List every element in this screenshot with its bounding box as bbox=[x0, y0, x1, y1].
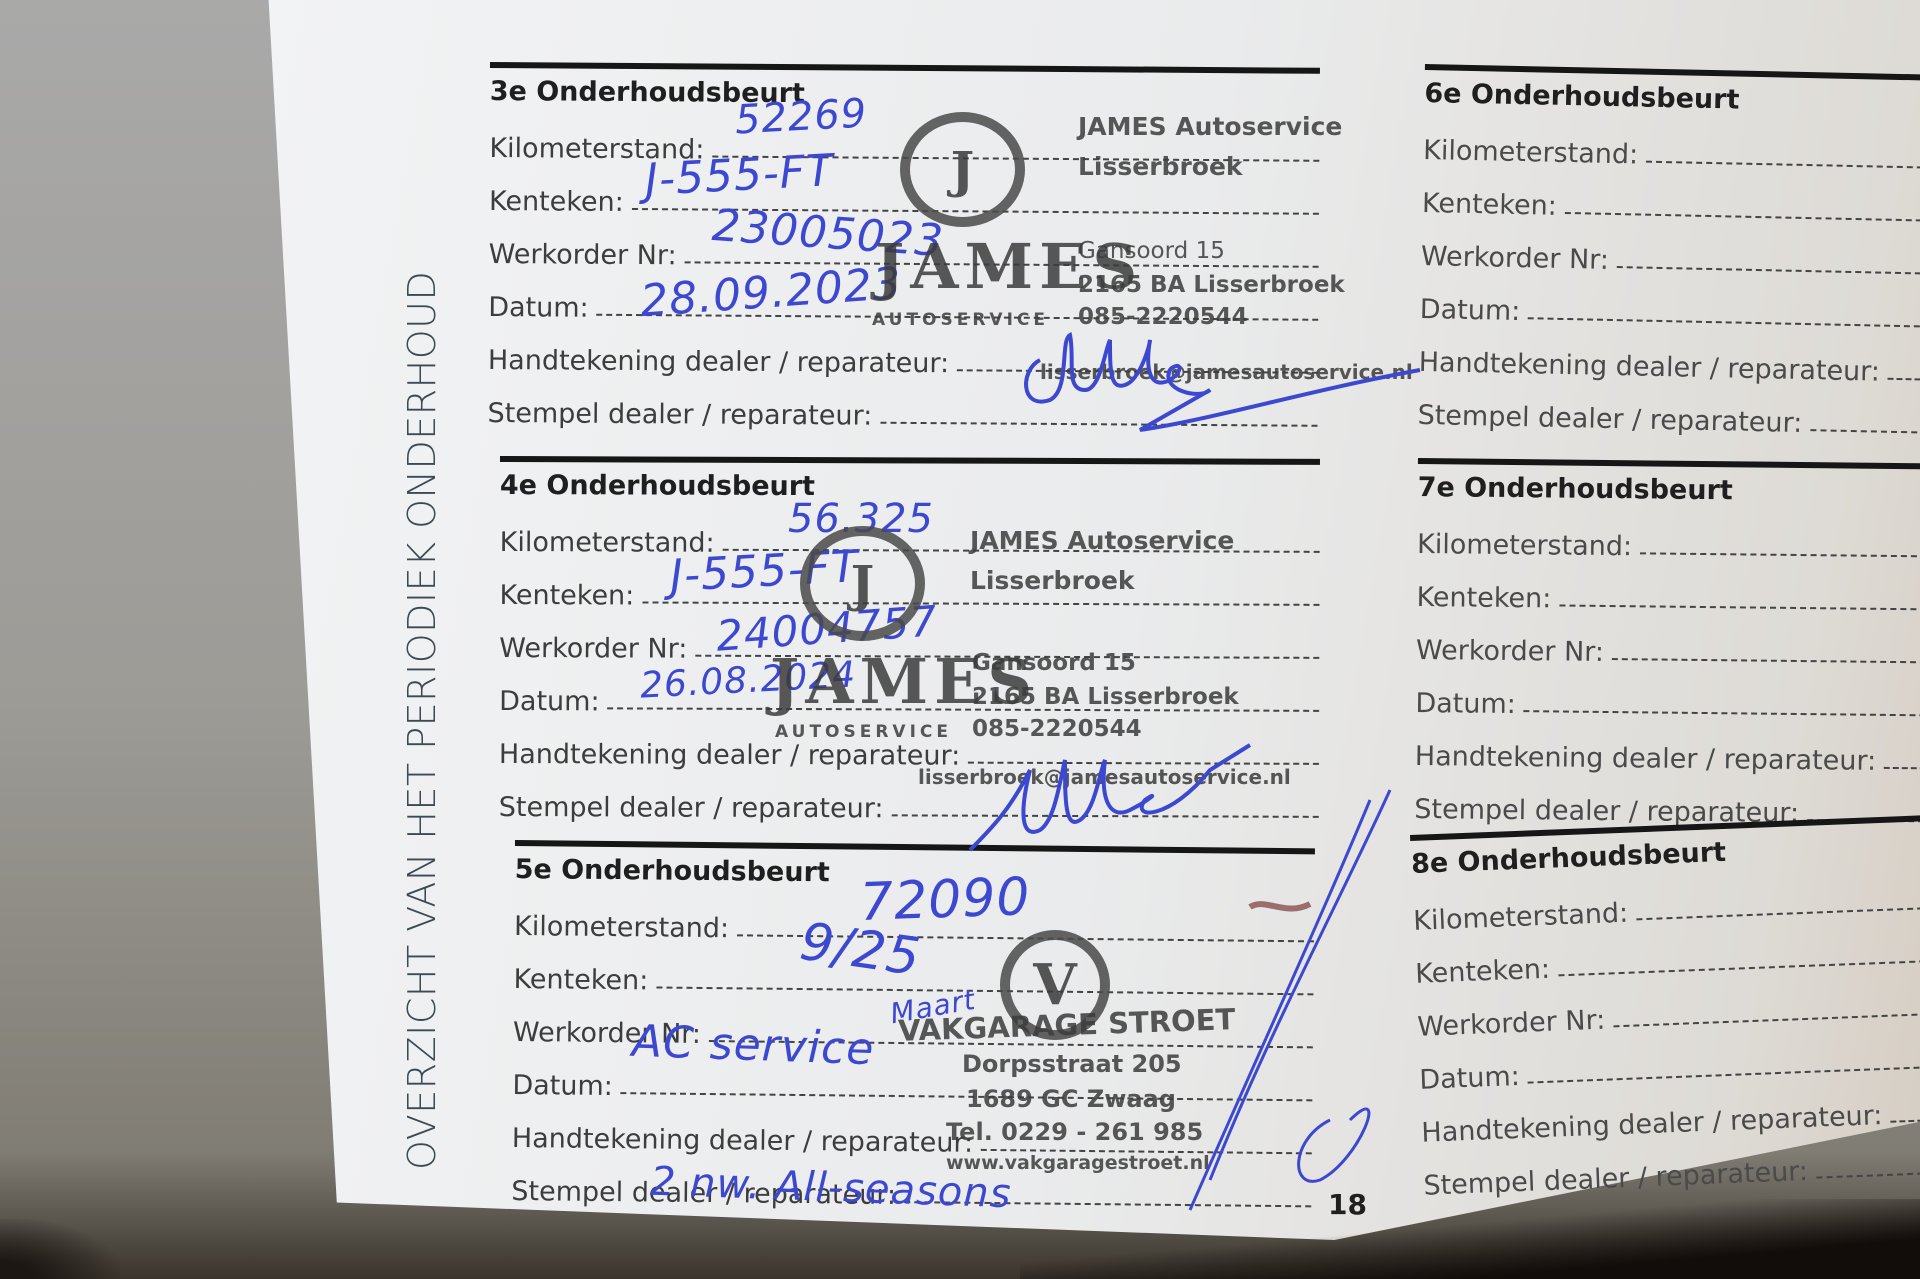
entry-line[interactable] bbox=[1612, 658, 1920, 663]
entry-line[interactable] bbox=[1816, 1172, 1920, 1179]
section-title: 7e Onderhoudsbeurt bbox=[1418, 472, 1920, 508]
field-label: Werkorder Nr: bbox=[499, 633, 687, 665]
field-label: Stempel dealer / reparateur: bbox=[487, 398, 872, 432]
field-label: Kenteken: bbox=[1416, 582, 1551, 614]
stamp-brand-sub: AUTOSERVICE bbox=[872, 310, 1049, 330]
entry-line[interactable] bbox=[1884, 767, 1920, 770]
field-werkorder: Werkorder Nr: bbox=[1416, 613, 1920, 671]
field-datum: Datum: bbox=[1420, 272, 1920, 336]
maintenance-section-8: 8e OnderhoudsbeurtKilometerstand:Kenteke… bbox=[1410, 815, 1920, 1202]
field-kenteken: Kenteken: bbox=[1416, 560, 1920, 618]
stamp-postal: 2165 BA Lisserbroek bbox=[972, 684, 1239, 710]
section-title: 3e Onderhoudsbeurt bbox=[490, 76, 1320, 113]
field-label: Werkorder Nr: bbox=[489, 239, 677, 271]
field-datum: Datum: bbox=[1415, 666, 1920, 724]
background-shadow bbox=[0, 1219, 120, 1279]
entry-line[interactable] bbox=[1640, 552, 1920, 557]
field-label: Werkorder Nr: bbox=[1421, 241, 1610, 276]
entry-line[interactable] bbox=[1528, 317, 1920, 328]
entry-line[interactable] bbox=[1617, 266, 1920, 275]
stamp-city: Lisserbroek bbox=[970, 566, 1135, 595]
signature-3 bbox=[1010, 330, 1430, 440]
stamp-street: Gansoord 15 bbox=[1078, 238, 1225, 264]
field-label: Kenteken: bbox=[1415, 954, 1551, 990]
field-handtekening: Handtekening dealer / reparateur: bbox=[1415, 719, 1920, 777]
field-werkorder: Werkorder Nr: bbox=[1421, 219, 1920, 283]
handwritten-note-ac-service: AC service bbox=[631, 1016, 875, 1075]
stamp-street: Gansoord 15 bbox=[972, 650, 1136, 676]
stamp-phone: 085-2220544 bbox=[972, 716, 1142, 742]
stamp-brand-sub: AUTOSERVICE bbox=[775, 722, 952, 742]
entry-line[interactable] bbox=[1524, 710, 1920, 716]
field-label: Datum: bbox=[512, 1070, 613, 1102]
field-label: Handtekening dealer / reparateur: bbox=[488, 345, 949, 379]
stamp-name: JAMES Autoservice bbox=[1078, 112, 1342, 141]
maintenance-section-6: 6e OnderhoudsbeurtKilometerstand:Kenteke… bbox=[1417, 64, 1920, 442]
field-label: Kilometerstand: bbox=[1417, 529, 1632, 562]
field-label: Datum: bbox=[1415, 688, 1516, 720]
entry-line[interactable] bbox=[642, 601, 1319, 605]
james-logo-stamp: J bbox=[800, 526, 925, 641]
stamp-postal: 2165 BA Lisserbroek bbox=[1078, 272, 1345, 298]
entry-line[interactable] bbox=[1565, 212, 1920, 222]
entry-line[interactable] bbox=[1888, 378, 1920, 381]
entry-line[interactable] bbox=[1559, 604, 1920, 610]
field-label: Kenteken: bbox=[489, 186, 624, 218]
field-label: Kenteken: bbox=[499, 580, 634, 611]
field-kilometerstand: Kilometerstand: bbox=[1417, 507, 1920, 565]
field-label: Datum: bbox=[1420, 294, 1521, 327]
field-stempel: Stempel dealer / reparateur: bbox=[1417, 378, 1920, 442]
field-handtekening: Handtekening dealer / reparateur: bbox=[1418, 325, 1920, 389]
ink-smudge bbox=[1245, 892, 1315, 922]
field-label: Handtekening dealer / reparateur: bbox=[512, 1123, 974, 1159]
field-kenteken: Kenteken: bbox=[1422, 166, 1920, 230]
field-kilometerstand: Kilometerstand: bbox=[1423, 113, 1920, 177]
entry-line[interactable] bbox=[1810, 429, 1920, 434]
field-label: Kenteken: bbox=[1422, 188, 1557, 222]
field-label: Datum: bbox=[499, 686, 600, 717]
field-label: Datum: bbox=[488, 292, 589, 324]
handwritten-plate-3: J-555-FT bbox=[644, 145, 835, 206]
entry-line[interactable] bbox=[1646, 161, 1920, 169]
page-vertical-title: OVERZICHT VAN HET PERIODIEK ONDERHOUD bbox=[400, 271, 444, 1170]
field-label: Stempel dealer / reparateur: bbox=[499, 792, 884, 824]
maintenance-section-7: 7e OnderhoudsbeurtKilometerstand:Kenteke… bbox=[1414, 458, 1920, 830]
james-logo-stamp: J bbox=[900, 112, 1025, 227]
field-label: Handtekening dealer / reparateur: bbox=[1415, 741, 1877, 777]
signature-5 bbox=[1090, 780, 1410, 1230]
handwritten-km-3: 52269 bbox=[734, 91, 868, 144]
stamp-city: Lisserbroek bbox=[1078, 152, 1243, 181]
field-label: Kilometerstand: bbox=[1423, 135, 1639, 170]
field-label: Kenteken: bbox=[513, 964, 648, 996]
field-label: Werkorder Nr: bbox=[1416, 635, 1604, 668]
stamp-name: JAMES Autoservice bbox=[970, 526, 1234, 555]
stamp-phone: 085-2220544 bbox=[1078, 304, 1248, 330]
entry-line[interactable] bbox=[1891, 1119, 1920, 1123]
field-label: Handtekening dealer / reparateur: bbox=[499, 739, 960, 772]
field-label: Stempel dealer / reparateur: bbox=[1423, 1156, 1809, 1202]
field-label: Kilometerstand: bbox=[514, 911, 729, 944]
field-label: Datum: bbox=[1419, 1061, 1521, 1096]
